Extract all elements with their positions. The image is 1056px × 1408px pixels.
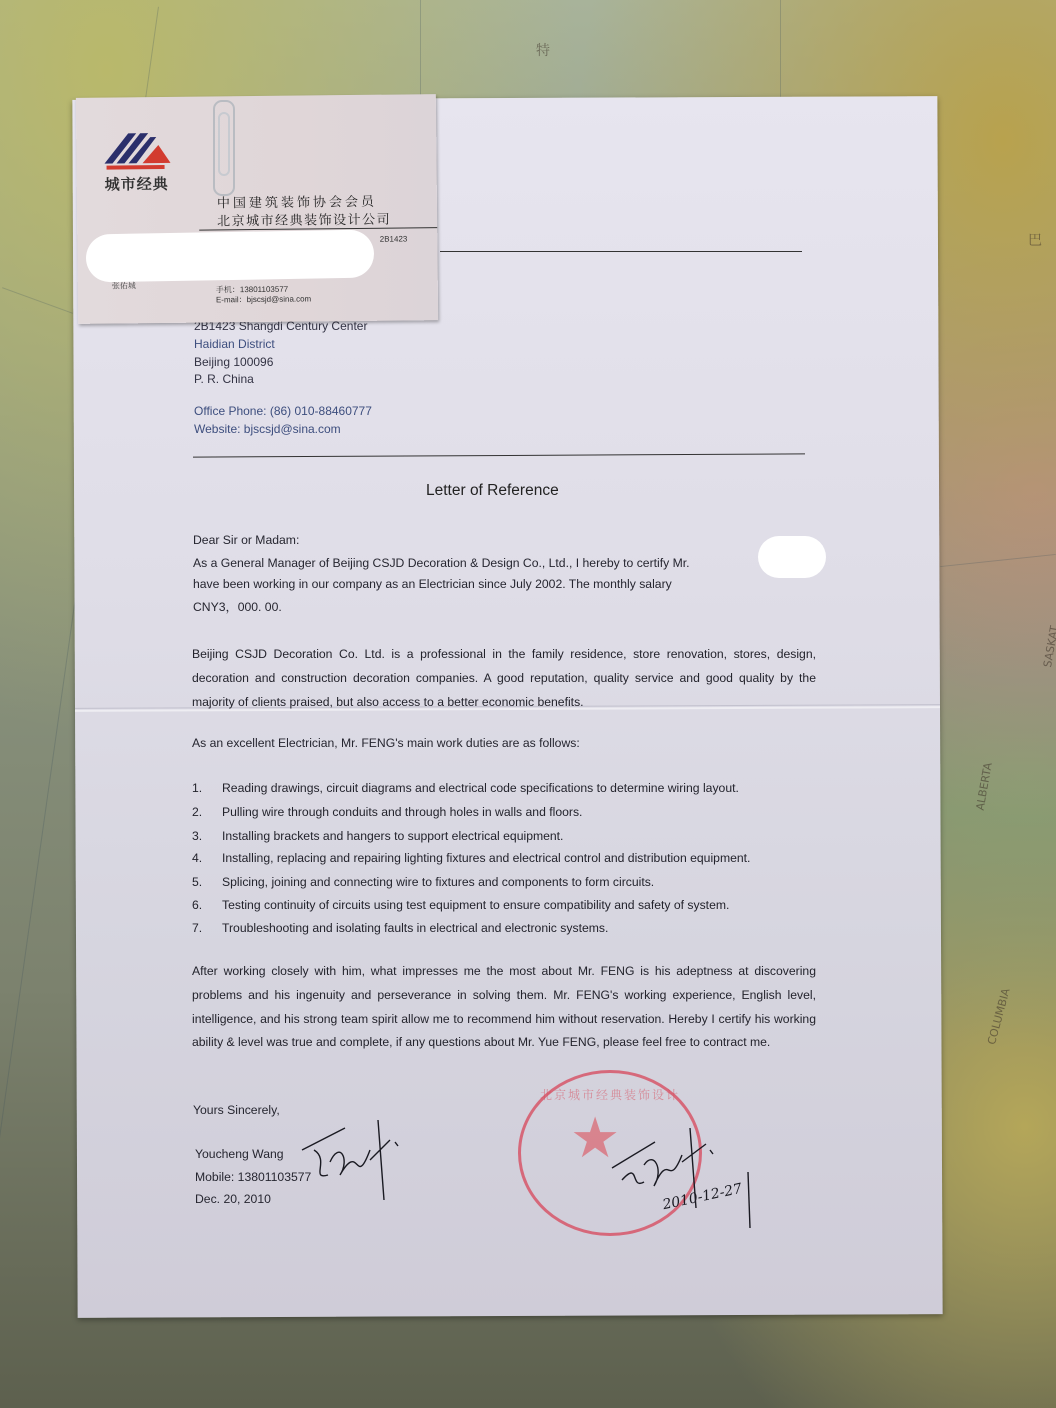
intro-line: CNY3，000. 00. [193, 601, 282, 613]
map-gridline [780, 0, 781, 100]
duty-number: 5. [192, 875, 222, 889]
duty-text: Installing brackets and hangers to suppo… [222, 829, 563, 843]
duty-text: Installing, replacing and repairing ligh… [222, 851, 750, 865]
redaction [86, 229, 375, 282]
duty-item: 2.Pulling wire through conduits and thro… [192, 805, 582, 819]
duty-number: 4. [192, 851, 222, 865]
company-paragraph: Beijing CSJD Decoration Co. Ltd. is a pr… [192, 643, 816, 714]
stamp-text: 北京城市经典装饰设计 [540, 1086, 680, 1103]
website: Website: bjscsjd@sina.com [194, 423, 341, 435]
duty-item: 5.Splicing, joining and connecting wire … [192, 875, 654, 889]
map-gridline [2, 287, 73, 314]
duty-item: 6.Testing continuity of circuits using t… [192, 898, 729, 912]
map-gridline [940, 554, 1055, 567]
intro-line: As a General Manager of Beijing CSJD Dec… [193, 557, 690, 569]
address-line: Beijing 100096 [194, 356, 273, 368]
duty-text: Splicing, joining and connecting wire to… [222, 875, 654, 889]
salutation: Dear Sir or Madam: [193, 534, 299, 546]
signature-icon [300, 1120, 410, 1210]
office-phone: Office Phone: (86) 010-88460777 [194, 405, 372, 417]
duty-number: 1. [192, 781, 222, 795]
map-label: 巴 [1028, 230, 1042, 250]
card-email: E-mail：bjscsjd@sina.com [216, 293, 311, 305]
map-label: 特 [536, 40, 550, 60]
letter-date: Dec. 20, 2010 [195, 1193, 271, 1205]
map-label: SASKAT [1041, 625, 1056, 669]
signoff: Yours Sincerely, [193, 1104, 280, 1116]
duty-item: 3.Installing brackets and hangers to sup… [192, 829, 563, 843]
duty-text: Reading drawings, circuit diagrams and e… [222, 781, 739, 795]
duties-intro: As an excellent Electrician, Mr. FENG's … [192, 737, 580, 749]
duty-text: Troubleshooting and isolating faults in … [222, 921, 608, 935]
business-card: 城市经典 中国建筑装饰协会会员 北京城市经典装饰设计公司 2B1423 张佑城 … [76, 94, 438, 324]
duty-number: 7. [192, 921, 222, 935]
intro-line: have been working in our company as an E… [193, 578, 672, 590]
letter-title: Letter of Reference [426, 482, 559, 500]
duty-number: 6. [192, 898, 222, 912]
logo-chinese-name: 城市经典 [105, 173, 169, 195]
card-org-line2: 北京城市经典装饰设计公司 [217, 209, 391, 230]
card-address-fragment: 2B1423 [380, 234, 408, 243]
map-label: COLUMBIA [985, 987, 1013, 1046]
address-line: Haidian District [194, 338, 275, 350]
letterhead-top-rule [440, 251, 802, 252]
closing-paragraph: After working closely with him, what imp… [192, 960, 816, 1055]
map-label: ALBERTA [974, 762, 995, 812]
address-line: P. R. China [194, 373, 254, 385]
duty-text: Pulling wire through conduits and throug… [222, 805, 582, 819]
duty-number: 2. [192, 805, 222, 819]
signer-name: Youcheng Wang [195, 1148, 284, 1160]
duty-item: 7.Troubleshooting and isolating faults i… [192, 921, 608, 935]
signer-mobile: Mobile: 13801103577 [195, 1171, 311, 1183]
duty-item: 1.Reading drawings, circuit diagrams and… [192, 781, 739, 795]
map-gridline [420, 0, 421, 100]
redaction [758, 536, 826, 578]
duty-number: 3. [192, 829, 222, 843]
duty-text: Testing continuity of circuits using tes… [222, 898, 729, 912]
signature-icon [610, 1120, 770, 1230]
duty-item: 4.Installing, replacing and repairing li… [192, 851, 750, 865]
paperclip-icon [213, 100, 235, 196]
